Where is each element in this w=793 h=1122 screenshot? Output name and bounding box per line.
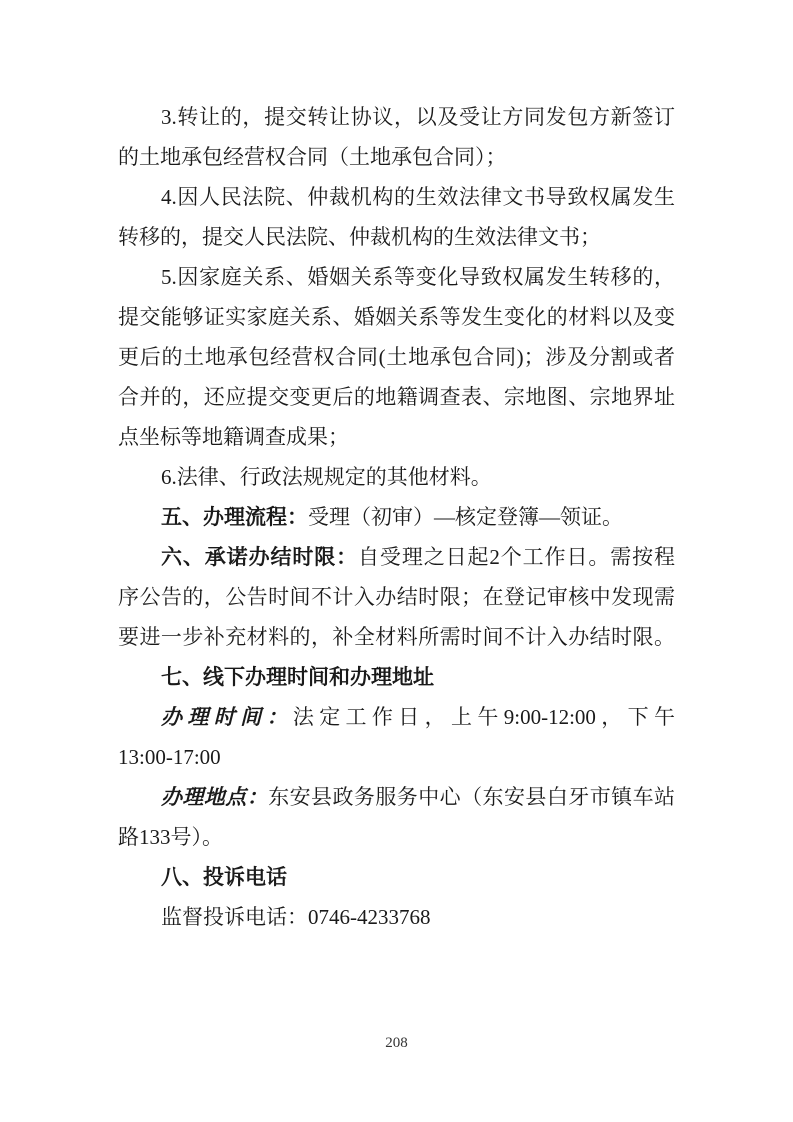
body-text: 13:00-17:00 <box>118 745 221 769</box>
body-text: 受理（初审）—核定登簿—领证。 <box>308 505 623 529</box>
text-line: 5.因家庭关系、婚姻关系等变化导致权属发生转移的， <box>118 257 675 297</box>
text-line: 六、承诺办结时限：自受理之日起2个工作日。需按程 <box>118 537 675 577</box>
body-text: 6.法律、行政法规规定的其他材料。 <box>161 465 492 489</box>
text-line: 6.法律、行政法规规定的其他材料。 <box>118 457 675 497</box>
text-line: 的土地承包经营权合同（土地承包合同）； <box>118 137 675 177</box>
body-text: 4.因人民法院、仲裁机构的生效法律文书导致权属发生 <box>161 185 675 209</box>
body-text: 监督投诉电话：0746-4233768 <box>161 905 431 929</box>
text-line: 3.转让的，提交转让协议，以及受让方同发包方新签订 <box>118 97 675 137</box>
text-line: 4.因人民法院、仲裁机构的生效法律文书导致权属发生 <box>118 177 675 217</box>
text-line: 合并的，还应提交变更后的地籍调查表、宗地图、宗地界址 <box>118 377 675 417</box>
text-line: 办理时间：法定工作日，上午9:00-12:00，下午 <box>118 697 675 737</box>
text-line: 转移的，提交人民法院、仲裁机构的生效法律文书； <box>118 217 675 257</box>
document-page: 3.转让的，提交转让协议，以及受让方同发包方新签订的土地承包经营权合同（土地承包… <box>0 0 793 1122</box>
page-number: 208 <box>0 1033 793 1053</box>
body-text: 3.转让的，提交转让协议，以及受让方同发包方新签订 <box>161 105 675 129</box>
body-text: 路133号）。 <box>118 825 223 849</box>
text-line: 序公告的，公告时间不计入办结时限；在登记审核中发现需 <box>118 577 675 617</box>
text-line: 提交能够证实家庭关系、婚姻关系等发生变化的材料以及变 <box>118 297 675 337</box>
body-text: 更后的土地承包经营权合同(土地承包合同)；涉及分割或者 <box>118 345 675 369</box>
text-line: 更后的土地承包经营权合同(土地承包合同)；涉及分割或者 <box>118 337 675 377</box>
body-text: 5.因家庭关系、婚姻关系等变化导致权属发生转移的， <box>161 265 675 289</box>
text-line: 点坐标等地籍调查成果； <box>118 417 675 457</box>
text-line: 七、线下办理时间和办理地址 <box>118 657 675 697</box>
body-text: 序公告的，公告时间不计入办结时限；在登记审核中发现需 <box>118 585 675 609</box>
text-line: 路133号）。 <box>118 817 675 857</box>
document-body: 3.转让的，提交转让协议，以及受让方同发包方新签订的土地承包经营权合同（土地承包… <box>118 97 675 937</box>
section-heading: 八、投诉电话 <box>161 866 287 889</box>
bold-label: 办理时间： <box>161 705 293 729</box>
body-text: 点坐标等地籍调查成果； <box>118 425 349 449</box>
bold-label: 办理地点： <box>161 785 268 809</box>
body-text: 法定工作日，上午9:00-12:00，下午 <box>293 705 675 729</box>
body-text: 转移的，提交人民法院、仲裁机构的生效法律文书； <box>118 225 601 249</box>
body-text: 东安县政务服务中心（东安县白牙市镇车站 <box>268 785 675 809</box>
body-text: 合并的，还应提交变更后的地籍调查表、宗地图、宗地界址 <box>118 385 675 409</box>
section-heading: 七、线下办理时间和办理地址 <box>161 666 434 689</box>
text-line: 监督投诉电话：0746-4233768 <box>118 897 675 937</box>
body-text: 的土地承包经营权合同（土地承包合同）； <box>118 145 507 169</box>
text-line: 五、办理流程：受理（初审）—核定登簿—领证。 <box>118 497 675 537</box>
section-heading: 六、承诺办结时限： <box>161 546 358 569</box>
text-line: 13:00-17:00 <box>118 737 675 777</box>
body-text: 提交能够证实家庭关系、婚姻关系等发生变化的材料以及变 <box>118 305 675 329</box>
body-text: 要进一步补充材料的，补全材料所需时间不计入办结时限。 <box>118 625 675 649</box>
text-line: 八、投诉电话 <box>118 857 675 897</box>
section-heading: 五、办理流程： <box>161 506 308 529</box>
body-text: 自受理之日起2个工作日。需按程 <box>358 545 675 569</box>
text-line: 办理地点：东安县政务服务中心（东安县白牙市镇车站 <box>118 777 675 817</box>
text-line: 要进一步补充材料的，补全材料所需时间不计入办结时限。 <box>118 617 675 657</box>
